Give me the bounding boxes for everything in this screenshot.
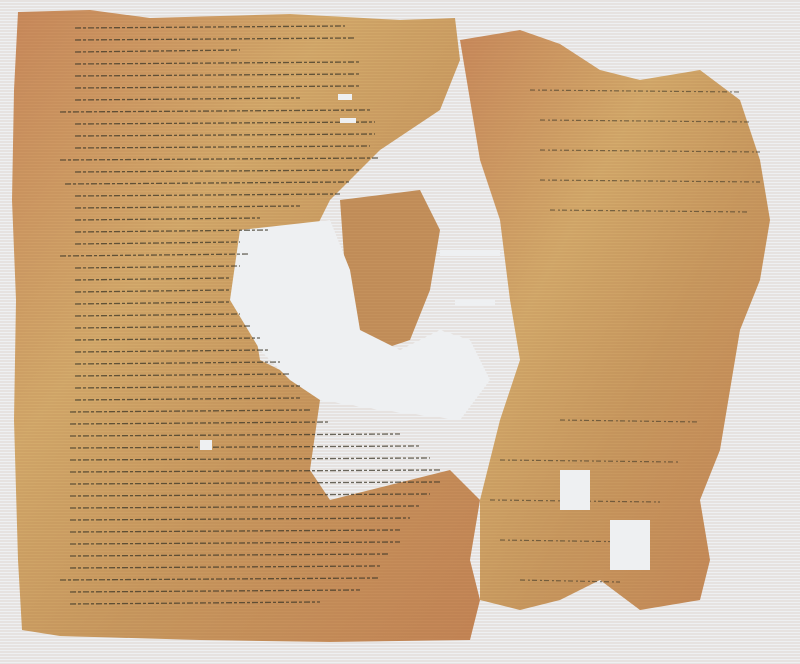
papyrus-photo [0,0,800,664]
papyrus-fragment [0,0,800,664]
